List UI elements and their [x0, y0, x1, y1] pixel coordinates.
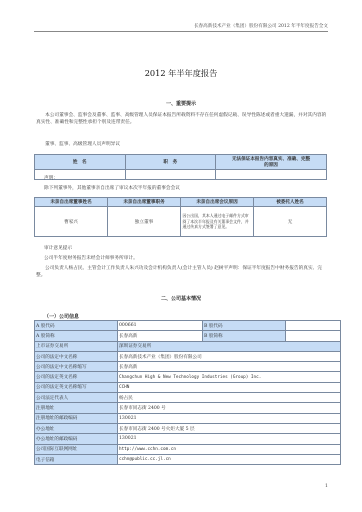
label-en-abbr: 公司的法定英文名称缩写 [35, 382, 118, 392]
value-reg-zip: 130021 [118, 413, 341, 423]
table-row: A 股代码 000661 B 股代码 [35, 321, 341, 331]
header-rule [34, 31, 328, 32]
column-header-absent-position: 未亲自出席董事职务 [108, 198, 181, 207]
label-b-share-abbr: B 股简称 [203, 331, 286, 341]
table-cell-absence-reason: 因公出国，其本人通过电子邮件方式审阅了本次半年报及有关董事会文件，并通过传真方式… [181, 207, 254, 237]
page-number: 1 [325, 484, 328, 489]
label-exchange: 上市证券交易所 [35, 341, 118, 351]
label-a-share-code: A 股代码 [35, 321, 118, 331]
audit-text: 公司半年度财务报告未经会计师事务所审计。 [44, 255, 336, 262]
label-a-share-abbr: A 股简称 [35, 331, 118, 341]
document-title: 2012 年半年度报告 [0, 68, 362, 79]
table-row: 公司法定代表人 杨占民 [35, 393, 341, 403]
table-row: 公司国际互联网网址 http://www.cchn.com.cn [35, 444, 341, 454]
statement-label: 声明： [44, 175, 336, 182]
label-office-zip: 办公地址的邮政编码 [35, 434, 118, 444]
subsection-company-info: （一）公司信息 [44, 313, 79, 320]
table-row: 办公地址 长春市同志街 2400 号火炬大厦 5 层 [35, 423, 341, 433]
label-office-addr: 办公地址 [35, 423, 118, 433]
value-a-share-abbr: 长春高新 [118, 331, 203, 341]
value-a-share-code: 000661 [118, 321, 203, 331]
statement-text: 除下列董事外，其他董事亲自出席了审议本次半年报的董事会会议 [44, 185, 336, 192]
table-row: 电子信箱 cchn@public.cc.jl.cn [35, 454, 341, 464]
value-en-abbr: CCHN [118, 382, 341, 392]
company-info-table: A 股代码 000661 B 股代码 A 股简称 长春高新 B 股简称 上市证券… [34, 320, 341, 465]
column-header-reason: 无法保证本报告内容真实、准确、完整的原因 [216, 155, 327, 170]
value-legal-rep: 杨占民 [118, 393, 341, 403]
value-cn-abbr: 长春高新 [118, 362, 341, 372]
table-row: A 股简称 长春高新 B 股简称 [35, 331, 341, 341]
table-row: 注册地址 长春市同志街 2400 号 [35, 403, 341, 413]
table-row: 公司的法定中文名称 长春高新技术产业（集团）股份有限公司 [35, 351, 341, 361]
absent-directors-table: 未亲自出席董事姓名 未亲自出席董事职务 未亲自出席会议原因 被委托人姓名 曹家兴… [34, 197, 327, 237]
table-row: 公司的法定中文名称缩写 长春高新 [35, 362, 341, 372]
label-cn-abbr: 公司的法定中文名称缩写 [35, 362, 118, 372]
responsibility-statement: 公司负责人杨占民、主管会计工作负责人朱兴功及会计机构负责人(会计主管人员) 赵树… [36, 265, 328, 279]
table-row: 曹家兴 独立董事 因公出国，其本人通过电子邮件方式审阅了本次半年报及有关董事会文… [35, 207, 327, 237]
label-email: 电子信箱 [35, 454, 118, 464]
objection-intro: 董事、监事、高级管理人员声明异议 [36, 141, 328, 148]
column-header-proxy-name: 被委托人姓名 [254, 198, 327, 207]
section-heading-important-notes: 一、重要提示 [0, 100, 362, 107]
table-row: 注册地址的邮政编码 130021 [35, 413, 341, 423]
table-cell-proxy-name: 无 [254, 207, 327, 237]
table-row: 上市证券交易所 深圳证券交易所 [35, 341, 341, 351]
table-row: 公司的法定英文名称缩写 CCHN [35, 382, 341, 392]
value-en-name: Changchun High & New Technology Industri… [118, 372, 341, 382]
column-header-absent-reason: 未亲自出席会议原因 [181, 198, 254, 207]
table-cell-director-name: 曹家兴 [35, 207, 108, 237]
value-office-addr: 长春市同志街 2400 号火炬大厦 5 层 [118, 423, 341, 433]
section-heading-company-info: 二、公司基本情况 [0, 295, 362, 302]
table-header-row: 姓 名 职 务 无法保证本报告内容真实、准确、完整的原因 [35, 155, 327, 170]
table-row: 公司的法定英文名称 Changchun High & New Technolog… [35, 372, 341, 382]
label-reg-zip: 注册地址的邮政编码 [35, 413, 118, 423]
document-page: 长春高新技术产业（集团）股份有限公司 2012 年半年度报告全文 2012 年半… [0, 0, 362, 512]
guarantee-paragraph: 本公司董事会、监事会及董事、监事、高级管理人员保证本报告所载资料不存在任何虚假记… [36, 112, 328, 126]
column-header-position: 职 务 [125, 155, 216, 170]
label-cn-name: 公司的法定中文名称 [35, 351, 118, 361]
value-email[interactable]: cchn@public.cc.jl.cn [118, 454, 341, 464]
value-b-share-abbr [286, 331, 341, 341]
table-cell-director-position: 独立董事 [108, 207, 181, 237]
table-row: 办公地址的邮政编码 130021 [35, 434, 341, 444]
column-header-name: 姓 名 [35, 155, 126, 170]
value-office-zip: 130021 [118, 434, 341, 444]
value-exchange: 深圳证券交易所 [118, 341, 341, 351]
audit-heading: 审计意见提示 [44, 245, 336, 252]
running-header: 长春高新技术产业（集团）股份有限公司 2012 年半年度报告全文 [172, 23, 328, 29]
value-b-share-code [286, 321, 341, 331]
label-en-name: 公司的法定英文名称 [35, 372, 118, 382]
value-reg-addr: 长春市同志街 2400 号 [118, 403, 341, 413]
label-legal-rep: 公司法定代表人 [35, 393, 118, 403]
label-b-share-code: B 股代码 [203, 321, 286, 331]
column-header-absent-name: 未亲自出席董事姓名 [35, 198, 108, 207]
label-reg-addr: 注册地址 [35, 403, 118, 413]
value-cn-name: 长春高新技术产业（集团）股份有限公司 [118, 351, 341, 361]
label-website: 公司国际互联网网址 [35, 444, 118, 454]
table-header-row: 未亲自出席董事姓名 未亲自出席董事职务 未亲自出席会议原因 被委托人姓名 [35, 198, 327, 207]
value-website[interactable]: http://www.cchn.com.cn [118, 444, 341, 454]
